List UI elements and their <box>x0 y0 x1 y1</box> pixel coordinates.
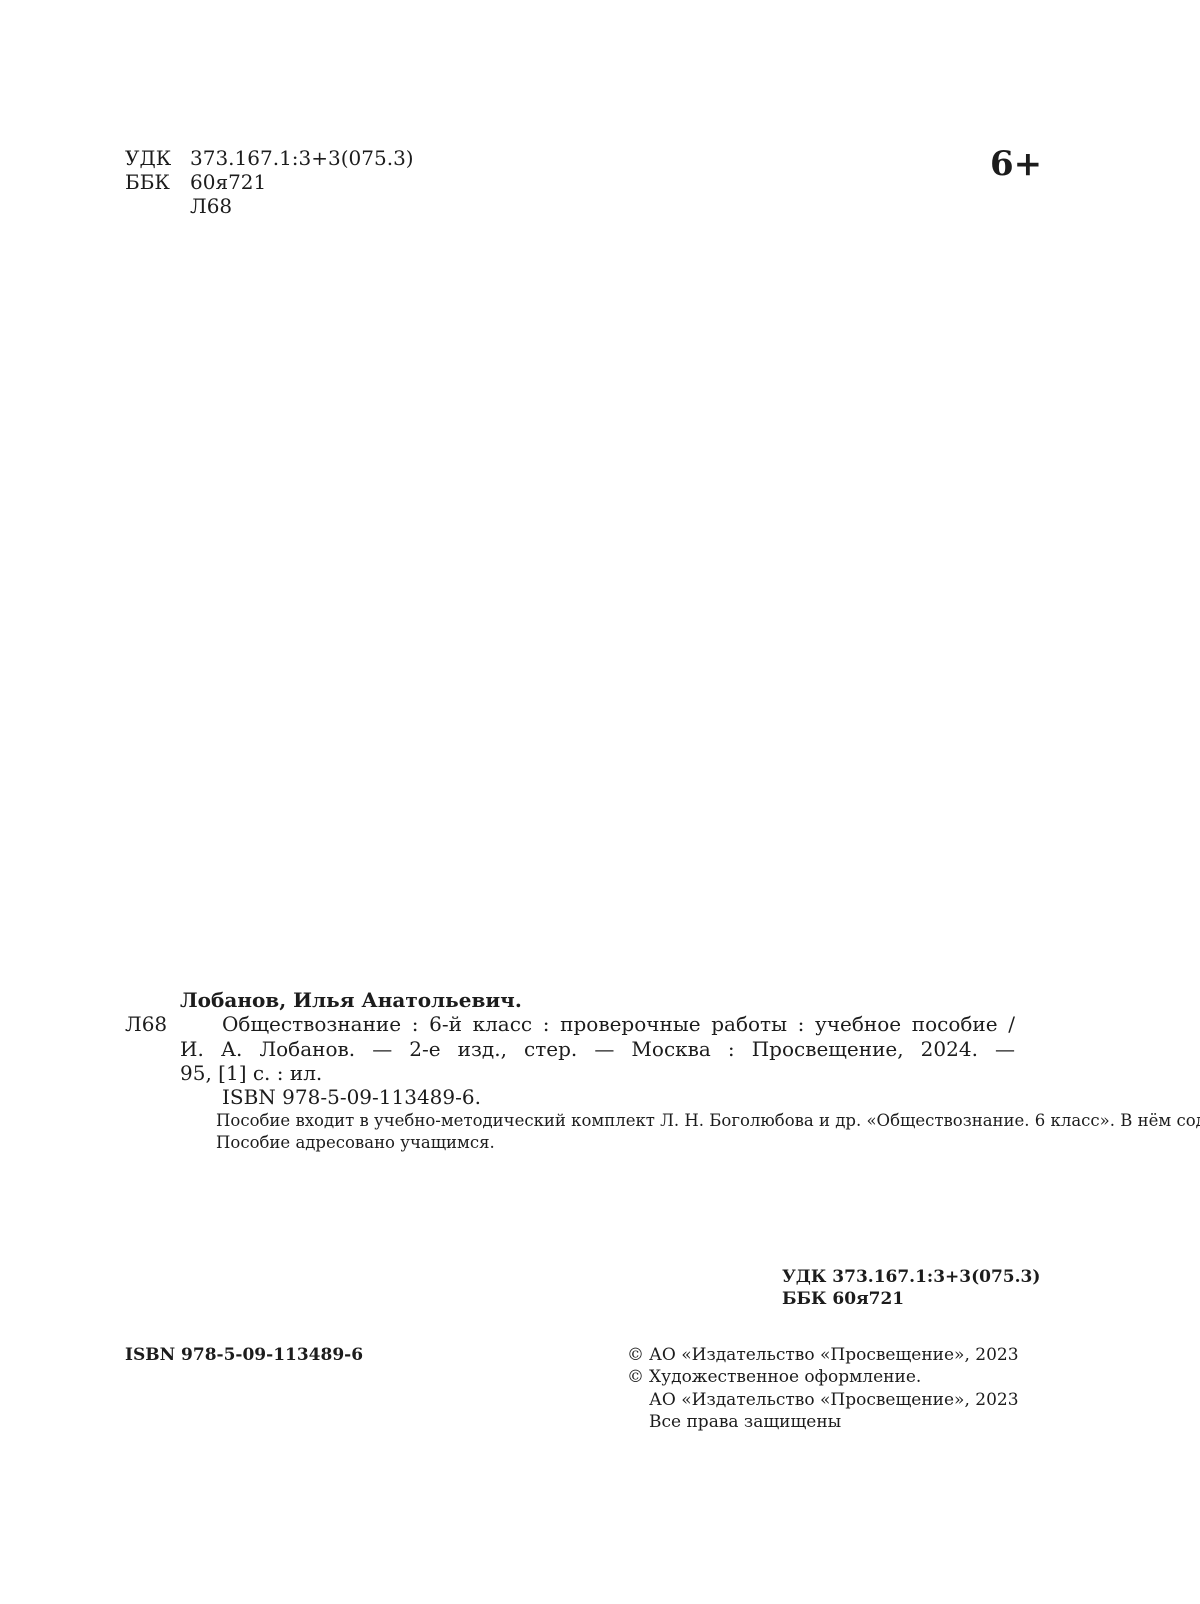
bbk-value: 60я721 <box>190 170 266 194</box>
udc-value: 373.167.1:3+3(075.3) <box>190 146 414 170</box>
copyright-icon <box>627 1389 649 1411</box>
copyright-icon: © <box>627 1344 649 1366</box>
udc-bottom: УДК 373.167.1:3+3(075.3) <box>782 1266 1040 1288</box>
record-author: Лобанов, Илья Анатольевич. <box>125 988 1015 1012</box>
bbk-label: ББК <box>125 170 190 194</box>
udc-label: УДК <box>125 146 190 170</box>
record-code: Л68 <box>125 1012 167 1036</box>
copyright-icon: © <box>627 1366 649 1388</box>
audience-note: Пособие адресовано учащимся. <box>180 1132 1015 1154</box>
record-isbn: ISBN 978-5-09-113489-6. <box>125 1085 1015 1109</box>
isbn-footer: ISBN 978-5-09-113489-6 <box>125 1344 363 1366</box>
annotation-text: Пособие входит в учебно-методический ком… <box>180 1110 1015 1132</box>
copyright-block: ©АО «Издательство «Просвещение», 2023©Ху… <box>627 1344 1019 1433</box>
record-title-row: Л68 Обществознание : 6-й класс : проверо… <box>125 1012 1015 1036</box>
annotation: Пособие входит в учебно-методический ком… <box>180 1110 1015 1153</box>
copyright-text: АО «Издательство «Просвещение», 2023 <box>649 1344 1019 1366</box>
bbk-bottom: ББК 60я721 <box>782 1288 1040 1310</box>
classification-footer: УДК 373.167.1:3+3(075.3) ББК 60я721 <box>782 1266 1040 1310</box>
copyright-line: АО «Издательство «Просвещение», 2023 <box>627 1389 1019 1411</box>
bibliographic-record: Лобанов, Илья Анатольевич. Л68 Обществоз… <box>125 988 1015 1109</box>
udc-row: УДК 373.167.1:3+3(075.3) <box>125 146 414 170</box>
author-mark-row: Л68 <box>125 194 414 218</box>
bbk-row: ББК 60я721 <box>125 170 414 194</box>
copyright-line: Все права защищены <box>627 1411 1019 1433</box>
copyright-text: Все права защищены <box>649 1411 841 1433</box>
record-line-3: 95, [1] с. : ил. <box>125 1061 1015 1085</box>
copyright-line: ©АО «Издательство «Просвещение», 2023 <box>627 1344 1019 1366</box>
record-title: Обществознание : 6-й класс : проверочные… <box>125 1012 1015 1036</box>
copyright-icon <box>627 1411 649 1433</box>
copyright-line: ©Художественное оформление. <box>627 1366 1019 1388</box>
age-rating: 6+ <box>990 144 1042 184</box>
record-line-2: И. А. Лобанов. — 2-е изд., стер. — Москв… <box>125 1037 1015 1061</box>
author-mark: Л68 <box>190 194 232 218</box>
copyright-text: АО «Издательство «Просвещение», 2023 <box>649 1389 1019 1411</box>
copyright-text: Художественное оформление. <box>649 1366 921 1388</box>
classification-header: УДК 373.167.1:3+3(075.3) ББК 60я721 Л68 <box>125 146 414 218</box>
